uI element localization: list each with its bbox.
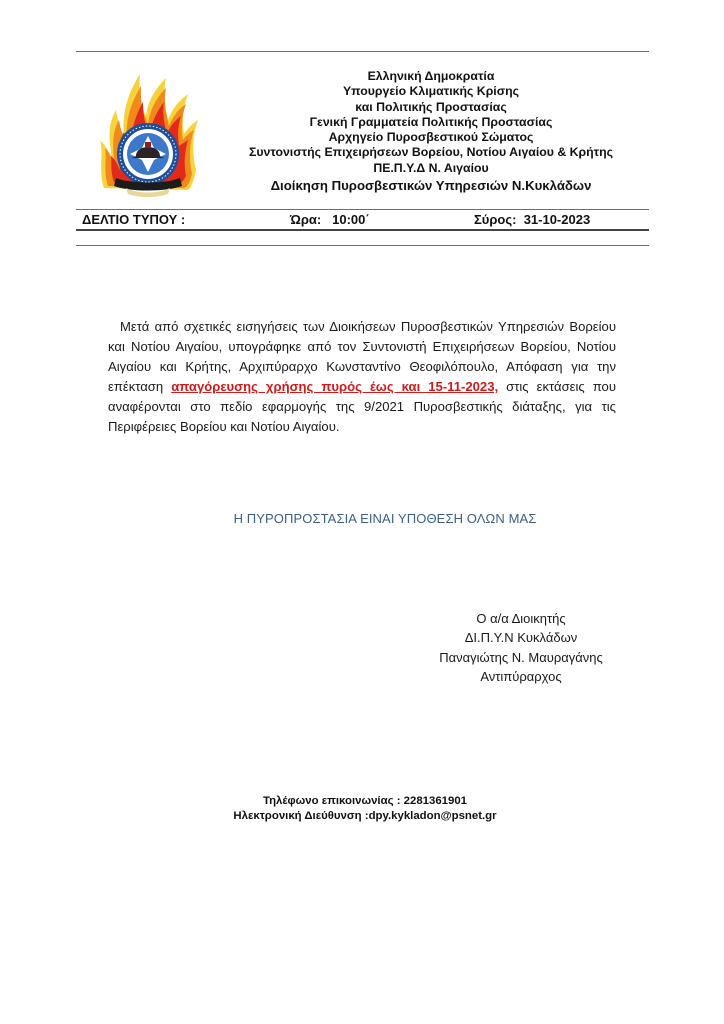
issuing-authority-header: Ελληνική Δημοκρατία Υπουργείο Κλιματικής…: [220, 69, 642, 195]
time-value: 10:00΄: [332, 212, 370, 227]
top-rule: [76, 51, 649, 52]
press-release-label: ΔΕΛΤΙΟ ΤΥΠΟΥ :: [82, 212, 185, 227]
signature-line: Ο α/α Διοικητής: [410, 609, 632, 628]
meta-bottom-rule: [76, 229, 649, 231]
meta-top-rule: [76, 209, 649, 210]
time-label: Ώρα:: [290, 212, 321, 227]
signature-line: ΔΙ.Π.Υ.Ν Κυκλάδων: [410, 628, 632, 647]
contact-info: Τηλέφωνο επικοινωνίας : 2281361901 Ηλεκτ…: [200, 794, 530, 823]
header-line: Ελληνική Δημοκρατία: [220, 69, 642, 84]
date-label: Σύρος:: [474, 212, 516, 227]
header-line: ΠΕ.Π.Υ.Δ Ν. Αιγαίου: [220, 161, 642, 176]
press-release-meta: ΔΕΛΤΙΟ ΤΥΠΟΥ : Ώρα: 10:00΄ Σύρος: 31-10-…: [82, 212, 642, 228]
header-line: Γενική Γραμματεία Πολιτικής Προστασίας: [220, 115, 642, 130]
time-field: Ώρα: 10:00΄: [290, 212, 370, 227]
fire-ban-highlight: απαγόρευσης χρήσης πυρός έως και 15-11-2…: [171, 379, 498, 394]
announcement-paragraph: Μετά από σχετικές εισηγήσεις των Διοικήσ…: [108, 317, 616, 437]
signature-block: Ο α/α Διοικητής ΔΙ.Π.Υ.Ν Κυκλάδων Παναγι…: [410, 609, 632, 687]
header-line: και Πολιτικής Προστασίας: [220, 100, 642, 115]
date-field: Σύρος: 31-10-2023: [474, 212, 590, 227]
header-line: Υπουργείο Κλιματικής Κρίσης: [220, 84, 642, 99]
fire-service-emblem-icon: [96, 70, 200, 198]
date-value: 31-10-2023: [524, 212, 591, 227]
signature-line: Παναγιώτης Ν. Μαυραγάνης: [410, 648, 632, 667]
header-line: Διοίκηση Πυροσβεστικών Υπηρεσιών Ν.Κυκλά…: [220, 176, 642, 195]
phone-line: Τηλέφωνο επικοινωνίας : 2281361901: [200, 794, 530, 809]
email-line: Ηλεκτρονική Διεύθυνση :dpy.kykladon@psne…: [200, 809, 530, 824]
slogan: Η ΠΥΡΟΠΡΟΣΤΑΣΙΑ ΕΙΝΑΙ ΥΠΟΘΕΣΗ ΟΛΩΝ ΜΑΣ: [200, 511, 570, 526]
header-line: Αρχηγείο Πυροσβεστικού Σώματος: [220, 130, 642, 145]
header-line: Συντονιστής Επιχειρήσεων Βορείου, Νοτίου…: [220, 145, 642, 160]
meta-under-rule: [76, 245, 649, 246]
signature-line: Αντιπύραρχος: [410, 667, 632, 686]
